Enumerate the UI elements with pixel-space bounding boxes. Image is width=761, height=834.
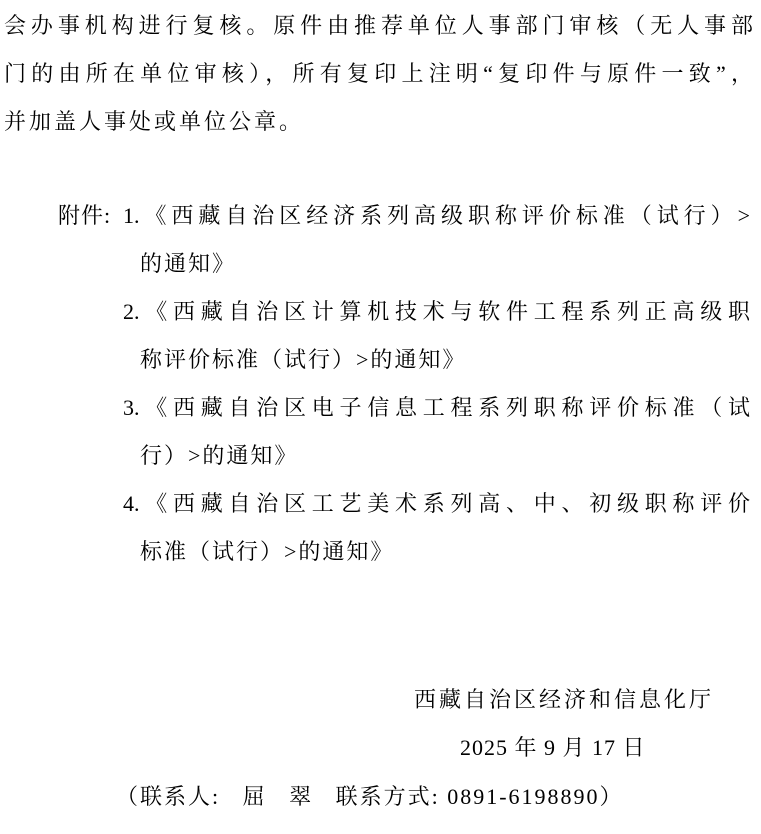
attachment-item-line: 行）>的通知》 — [140, 432, 298, 480]
attachment-item-line: 标准（试行）>的通知》 — [140, 528, 394, 576]
attachment-item-line: 2.《西藏自治区计算机技术与软件工程系列正高级职 — [123, 288, 750, 336]
attachment-item-line: 4.《西藏自治区工艺美术系列高、中、初级职称评价 — [123, 480, 750, 528]
paragraph-line: 会办事机构进行复核。原件由推荐单位人事部门审核（无人事部 — [4, 2, 753, 50]
attachment-item-line: 1.《西藏自治区经济系列高级职称评价标准（试行）> — [123, 192, 750, 240]
paragraph-line: 并加盖人事处或单位公章。 — [4, 98, 304, 146]
attachments-label: 附件: — [58, 192, 111, 240]
document-page: 会办事机构进行复核。原件由推荐单位人事部门审核（无人事部 门的由所在单位审核），… — [0, 0, 761, 834]
attachment-item-line: 的通知》 — [140, 240, 236, 288]
contact-info-line: （联系人: 屈 翠 联系方式: 0891-6198890） — [116, 773, 624, 821]
attachment-item-line: 3.《西藏自治区电子信息工程系列职称评价标准（试 — [123, 384, 750, 432]
issue-date: 2025 年 9 月 17 日 — [460, 724, 646, 772]
paragraph-line: 门的由所在单位审核），所有复印上注明“复印件与原件一致”， — [4, 50, 753, 98]
attachment-item-line: 称评价标准（试行）>的通知》 — [140, 336, 466, 384]
issuing-agency: 西藏自治区经济和信息化厅 — [414, 676, 714, 724]
